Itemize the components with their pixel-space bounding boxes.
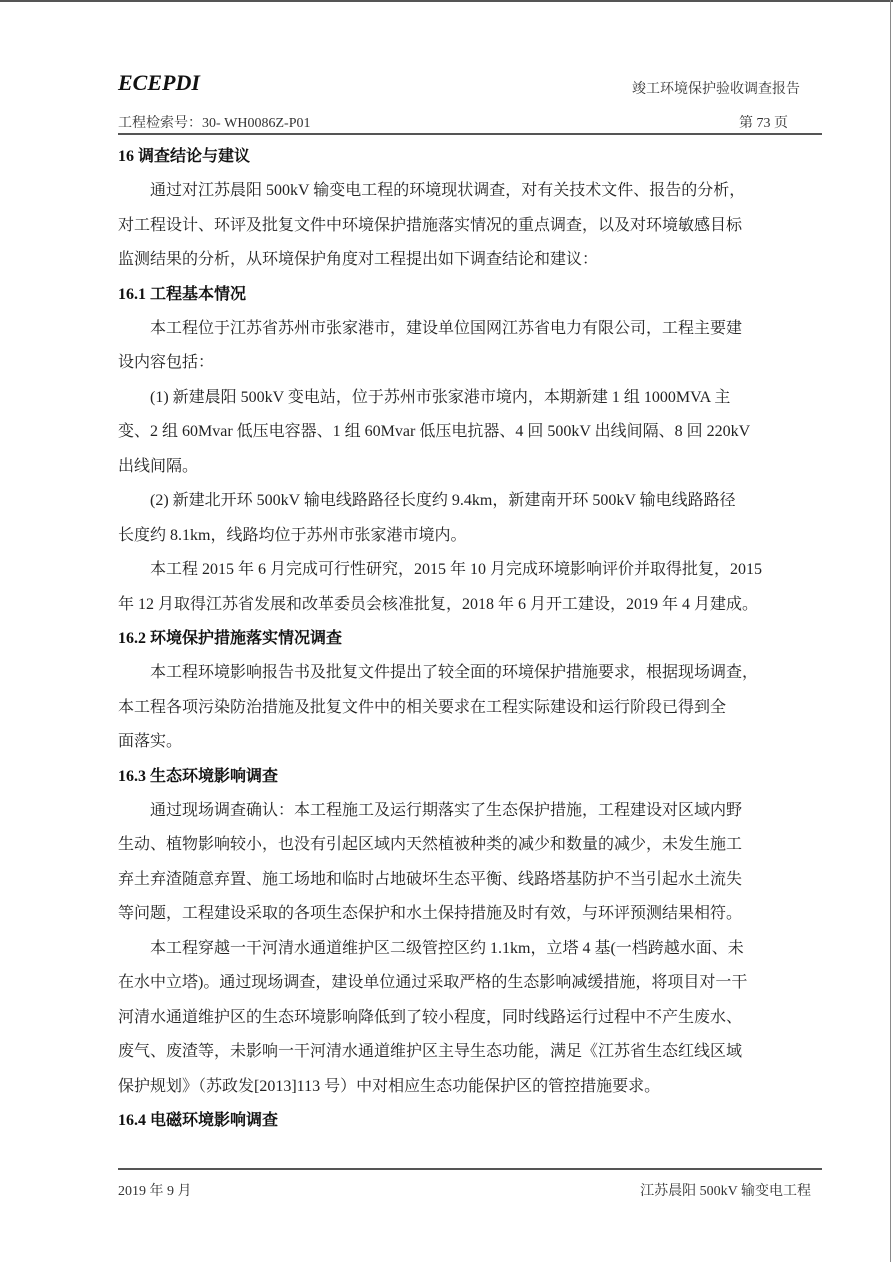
paragraph-line: (2) 新建北开环 500kV 输电线路路径长度约 9.4km，新建南开环 50… [118,484,830,519]
page-number: 第 73 页 [739,112,788,132]
section-heading-16-3: 16.3 生态环境影响调查 [118,760,830,794]
paragraph-line: 年 12 月取得江苏省发展和改革委员会核准批复，2018 年 6 月开工建设，2… [118,588,830,623]
paragraph-line: 出线间隔。 [118,450,830,485]
paragraph-line: 监测结果的分析，从环境保护角度对工程提出如下调查结论和建议： [118,243,830,278]
paragraph-line: 通过现场调查确认：本工程施工及运行期落实了生态保护措施，工程建设对区域内野 [118,794,830,829]
paragraph-line: 面落实。 [118,725,830,760]
paragraph-line: 废气、废渣等，未影响一干河清水通道维护区主导生态功能，满足《江苏省生态红线区域 [118,1035,830,1070]
paragraph-line: (1) 新建晨阳 500kV 变电站，位于苏州市张家港市境内，本期新建 1 组 … [118,381,830,416]
section-heading-16-2: 16.2 环境保护措施落实情况调查 [118,622,830,656]
paragraph-line: 弃土弃渣随意弃置、施工场地和临时占地破坏生态平衡、线路塔基防护不当引起水土流失 [118,863,830,898]
paragraph-line: 本工程环境影响报告书及批复文件提出了较全面的环境保护措施要求，根据现场调查， [118,656,830,691]
report-title: 竣工环境保护验收调查报告 [632,78,800,98]
footer-date: 2019 年 9 月 [118,1180,192,1200]
paragraph: 通过对江苏晨阳 500kV 输变电工程的环境现状调查，对有关技术文件、报告的分析… [118,174,830,278]
paragraph: 本工程穿越一干河清水通道维护区二级管控区约 1.1km，立塔 4 基(一档跨越水… [118,932,830,1105]
page-right-border [890,0,891,1262]
paragraph-line: 本工程各项污染防治措施及批复文件中的相关要求在工程实际建设和运行阶段已得到全 [118,691,830,726]
paragraph-line: 长度约 8.1km，线路均位于苏州市张家港市境内。 [118,519,830,554]
company-logo: ECEPDI [118,70,200,96]
paragraph-line: 生动、植物影响较小，也没有引起区域内天然植被种类的减少和数量的减少，未发生施工 [118,828,830,863]
paragraph-line: 本工程穿越一干河清水通道维护区二级管控区约 1.1km，立塔 4 基(一档跨越水… [118,932,830,967]
paragraph-line: 设内容包括： [118,346,830,381]
header-divider [118,133,822,135]
section-heading-16: 16 调查结论与建议 [118,140,830,174]
footer-divider [118,1168,822,1170]
section-heading-16-4: 16.4 电磁环境影响调查 [118,1104,830,1138]
document-id: 工程检索号：30- WH0086Z-P01 [118,112,311,132]
paragraph-line: 本工程 2015 年 6 月完成可行性研究，2015 年 10 月完成环境影响评… [118,553,830,588]
footer-project-name: 江苏晨阳 500kV 输变电工程 [640,1180,811,1200]
page-top-border [0,0,893,2]
paragraph: 本工程 2015 年 6 月完成可行性研究，2015 年 10 月完成环境影响评… [118,553,830,622]
section-heading-16-1: 16.1 工程基本情况 [118,278,830,312]
paragraph-line: 保护规划》（苏政发[2013]113 号）中对相应生态功能保护区的管控措施要求。 [118,1070,830,1105]
paragraph: 本工程位于江苏省苏州市张家港市，建设单位国网江苏省电力有限公司，工程主要建 设内… [118,312,830,381]
paragraph: (2) 新建北开环 500kV 输电线路路径长度约 9.4km，新建南开环 50… [118,484,830,553]
paragraph-line: 河清水通道维护区的生态环境影响降低到了较小程度，同时线路运行过程中不产生废水、 [118,1001,830,1036]
paragraph-line: 通过对江苏晨阳 500kV 输变电工程的环境现状调查，对有关技术文件、报告的分析… [118,174,830,209]
paragraph-line: 等问题，工程建设采取的各项生态保护和水土保持措施及时有效，与环评预测结果相符。 [118,897,830,932]
paragraph-line: 变、2 组 60Mvar 低压电容器、1 组 60Mvar 低压电抗器、4 回 … [118,415,830,450]
document-body: 16 调查结论与建议 通过对江苏晨阳 500kV 输变电工程的环境现状调查，对有… [118,140,830,1138]
paragraph: (1) 新建晨阳 500kV 变电站，位于苏州市张家港市境内，本期新建 1 组 … [118,381,830,485]
paragraph-line: 对工程设计、环评及批复文件中环境保护措施落实情况的重点调查，以及对环境敏感目标 [118,209,830,244]
paragraph: 通过现场调查确认：本工程施工及运行期落实了生态保护措施，工程建设对区域内野 生动… [118,794,830,932]
paragraph: 本工程环境影响报告书及批复文件提出了较全面的环境保护措施要求，根据现场调查， 本… [118,656,830,760]
paragraph-line: 在水中立塔)。通过现场调查，建设单位通过采取严格的生态影响减缓措施，将项目对一干 [118,966,830,1001]
paragraph-line: 本工程位于江苏省苏州市张家港市，建设单位国网江苏省电力有限公司，工程主要建 [118,312,830,347]
